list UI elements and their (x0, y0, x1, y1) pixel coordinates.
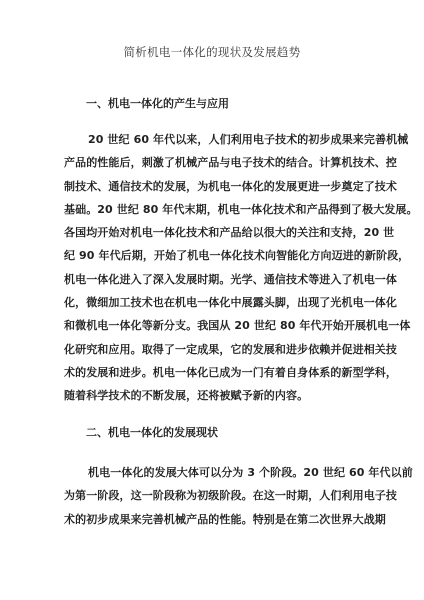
section-2-paragraph: 机电一体化的发展大体可以分为 3 个阶段。20 世纪 60 年代以前 为第一阶段… (64, 461, 364, 531)
document-title: 简析机电一体化的现状及发展趋势 (0, 44, 424, 60)
paragraph-line: 化研究和应用。取得了一定成果，它的发展和进步依赖并促进相关技 (64, 338, 364, 361)
paragraph-line: 各国均开始对机电一体化技术和产品给以很大的关注和支持，20 世 (64, 221, 364, 244)
paragraph-line: 机电一体化的发展大体可以分为 3 个阶段。20 世纪 60 年代以前 (64, 461, 364, 484)
paragraph-line: 随着科学技术的不断发展，还将被赋予新的内容。 (64, 384, 364, 407)
paragraph-line: 纪 90 年代后期，开始了机电一体化技术向智能化方向迈进的新阶段， (64, 244, 364, 267)
section-heading-2: 二、机电一体化的发展现状 (86, 424, 218, 440)
paragraph-line: 化，微细加工技术也在机电一体化中展露头脚，出现了光机电一体化 (64, 291, 364, 314)
paragraph-line: 基础。20 世纪 80 年代末期，机电一体化技术和产品得到了极大发展。 (64, 198, 364, 221)
paragraph-line: 和微机电一体化等新分支。我国从 20 世纪 80 年代开始开展机电一体 (64, 314, 364, 337)
document-page: 简析机电一体化的现状及发展趋势 一、机电一体化的产生与应用 20 世纪 60 年… (0, 0, 424, 600)
paragraph-line: 术的发展和进步。机电一体化已成为一门有着自身体系的新型学科， (64, 361, 364, 384)
paragraph-line: 20 世纪 60 年代以来，人们利用电子技术的初步成果来完善机械 (64, 128, 364, 151)
section-heading-1: 一、机电一体化的产生与应用 (86, 95, 229, 111)
paragraph-line: 术的初步成果来完善机械产品的性能。特别是在第二次世界大战期 (64, 508, 364, 531)
section-1-paragraph: 20 世纪 60 年代以来，人们利用电子技术的初步成果来完善机械 产品的性能后，… (64, 128, 364, 408)
paragraph-line: 机电一体化进入了深入发展时期。光学、通信技术等进入了机电一体 (64, 268, 364, 291)
paragraph-line: 为第一阶段，这一阶段称为初级阶段。在这一时期，人们利用电子技 (64, 484, 364, 507)
paragraph-line: 制技术、通信技术的发展，为机电一体化的发展更进一步奠定了技术 (64, 175, 364, 198)
paragraph-line: 产品的性能后，刺激了机械产品与电子技术的结合。计算机技术、控 (64, 151, 364, 174)
